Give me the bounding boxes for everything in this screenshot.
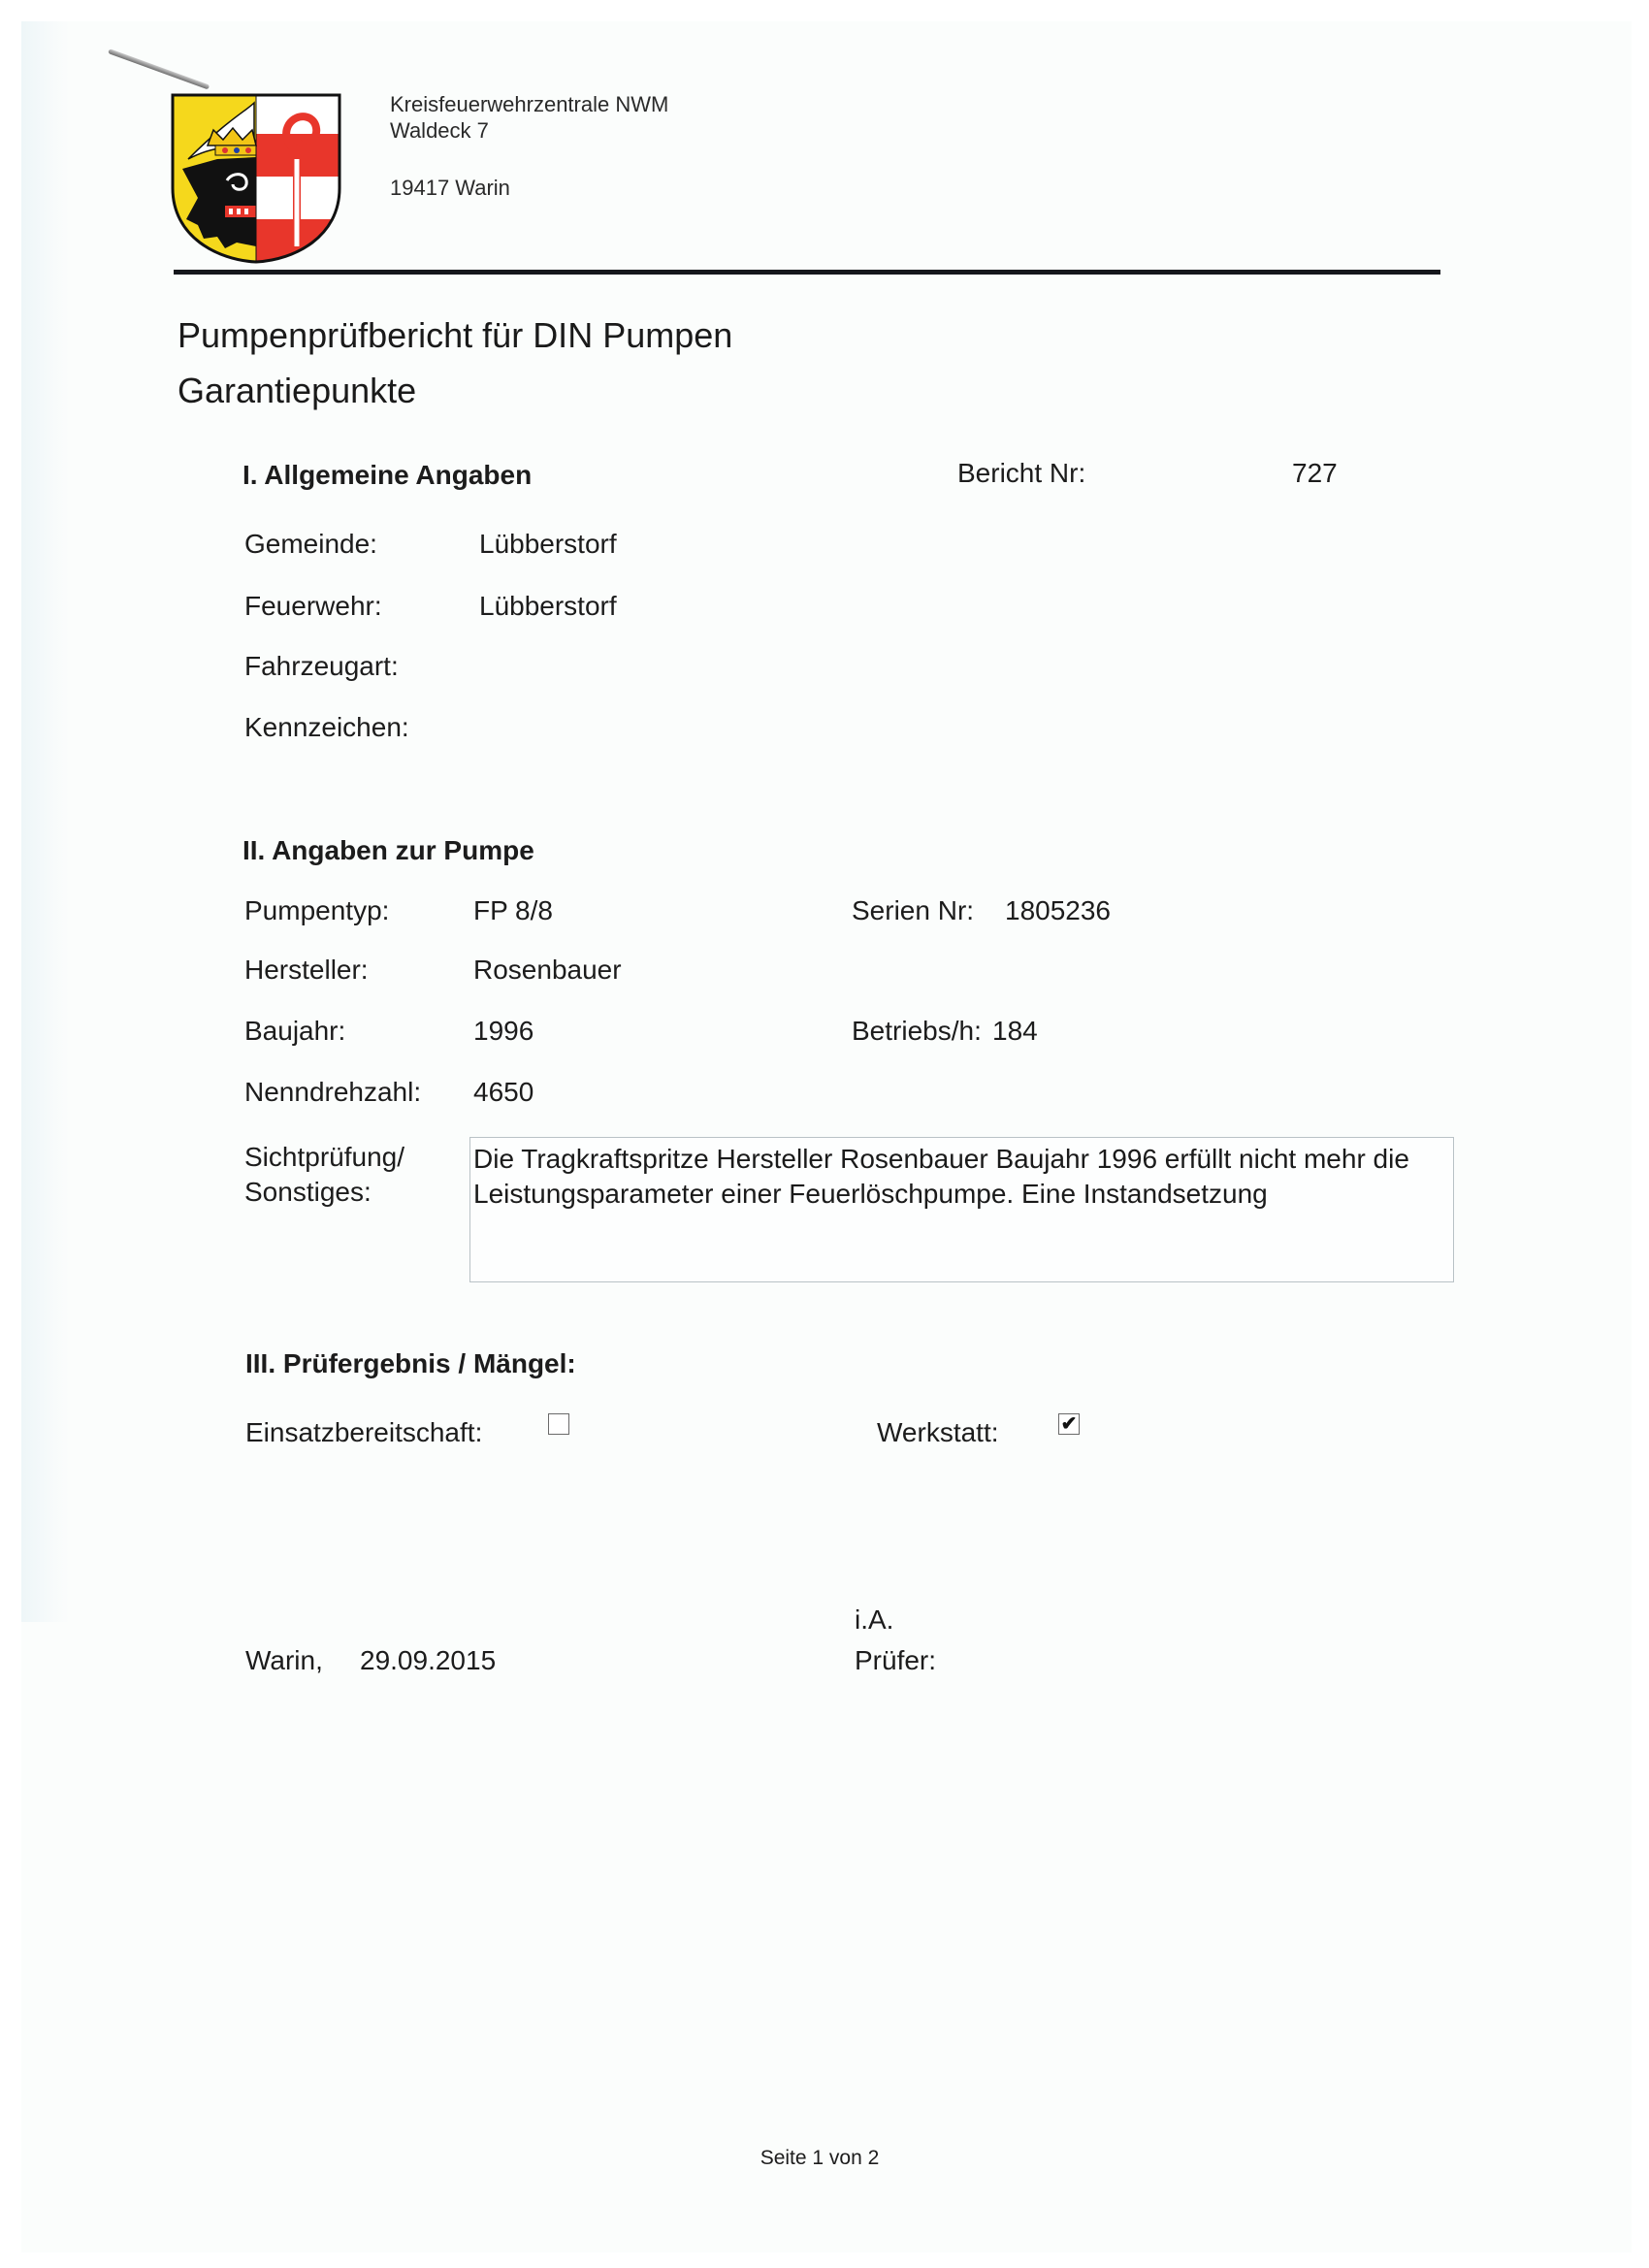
page-number: Seite 1 von 2 — [0, 2147, 1639, 2170]
workshop-label: Werkstatt: — [877, 1417, 999, 1448]
coat-of-arms-icon — [169, 91, 343, 264]
rated-speed-label: Nenndrehzahl: — [244, 1077, 421, 1108]
pump-type-label: Pumpentyp: — [244, 895, 389, 926]
operational-readiness-checkbox[interactable] — [548, 1413, 569, 1435]
field-label-feuerwehr: Feuerwehr: — [244, 591, 382, 622]
field-label-gemeinde: Gemeinde: — [244, 529, 377, 560]
organization-name: Kreisfeuerwehrzentrale NWM — [390, 92, 668, 117]
visual-check-label: Sichtprüfung/ — [244, 1142, 404, 1173]
date-value: 29.09.2015 — [360, 1645, 496, 1676]
inspector-label: Prüfer: — [855, 1645, 936, 1676]
field-label-kennzeichen: Kennzeichen: — [244, 712, 409, 743]
scan-edge-shadow — [21, 21, 70, 1622]
section-general-heading: I. Allgemeine Angaben — [242, 460, 532, 491]
section-pump-heading: II. Angaben zur Pumpe — [242, 835, 534, 866]
document-title: Pumpenprüfbericht für DIN Pumpen — [178, 315, 732, 356]
field-label-fahrzeugart: Fahrzeugart: — [244, 651, 399, 682]
year-value: 1996 — [473, 1016, 533, 1047]
manufacturer-value: Rosenbauer — [473, 955, 622, 986]
organization-city: 19417 Warin — [390, 176, 510, 201]
field-value-feuerwehr: Lübberstorf — [479, 591, 617, 622]
year-label: Baujahr: — [244, 1016, 345, 1047]
manufacturer-label: Hersteller: — [244, 955, 369, 986]
operating-hours-value: 184 — [992, 1016, 1038, 1047]
pump-type-value: FP 8/8 — [473, 895, 553, 926]
place-label: Warin, — [245, 1645, 323, 1676]
header-divider — [174, 270, 1440, 275]
operational-readiness-label: Einsatzbereitschaft: — [245, 1417, 482, 1448]
rated-speed-value: 4650 — [473, 1077, 533, 1108]
serial-value: 1805236 — [1005, 895, 1111, 926]
serial-label: Serien Nr: — [852, 895, 974, 926]
field-value-gemeinde: Lübberstorf — [479, 529, 617, 560]
document-subtitle: Garantiepunkte — [178, 371, 416, 411]
report-number-value: 727 — [1292, 458, 1338, 489]
section-result-heading: III. Prüfergebnis / Mängel: — [245, 1348, 576, 1379]
report-number-label: Bericht Nr: — [957, 458, 1085, 489]
workshop-checkbox[interactable]: ✔ — [1058, 1413, 1080, 1435]
operating-hours-label: Betriebs/h: — [852, 1016, 982, 1047]
on-behalf-label: i.A. — [855, 1604, 893, 1636]
organization-street: Waldeck 7 — [390, 118, 489, 144]
remarks-text-field[interactable]: Die Tragkraftspritze Hersteller Rosenbau… — [469, 1137, 1454, 1282]
other-remarks-label: Sonstiges: — [244, 1177, 372, 1208]
check-mark-icon: ✔ — [1061, 1413, 1078, 1435]
